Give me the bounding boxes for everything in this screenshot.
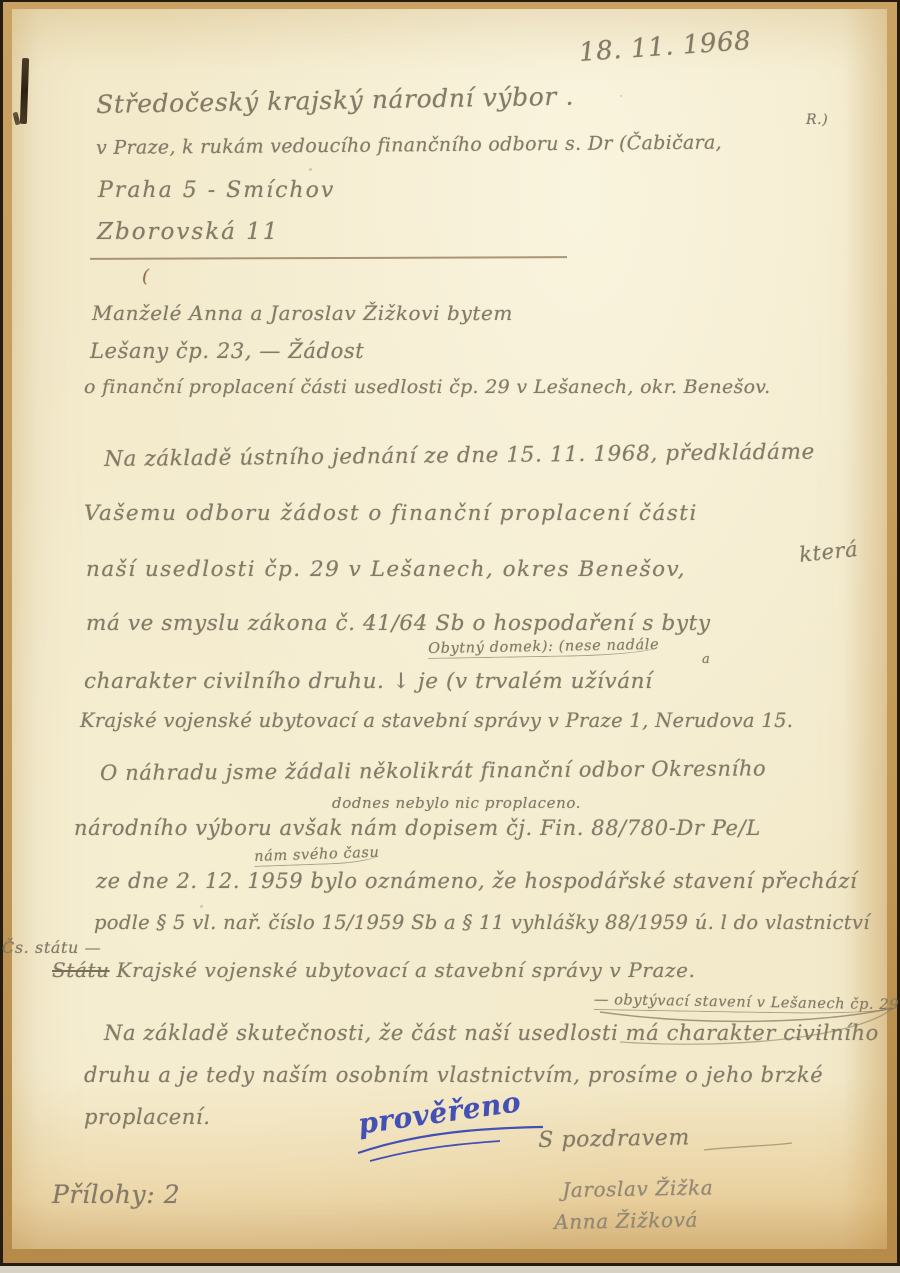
- p1-line-2: Vašemu odboru žádost o finanční proplace…: [84, 501, 698, 526]
- paper-speck: [620, 95, 622, 97]
- p1-line-6: Krajské vojenské ubytovací a stavební sp…: [80, 709, 793, 732]
- p1-line-3: naší usedlosti čp. 29 v Lešanech, okres …: [86, 557, 686, 582]
- p1-line-5: charakter civilního druhu. ↓ je (v trval…: [84, 669, 653, 694]
- p3-line-3: proplacení.: [84, 1105, 211, 1129]
- sender-line-2: Lešany čp. 23, — Žádost: [90, 339, 364, 363]
- signature-anna: Anna Žižková: [554, 1207, 698, 1234]
- p3-line-1: Na základě skutečnosti, že část naší use…: [104, 1021, 879, 1045]
- scanned-letter: 18. 11. 1968 Středočeský krajský národní…: [0, 0, 900, 1273]
- sender-line-1: Manželé Anna a Jaroslav Žižkovi bytem: [92, 301, 513, 325]
- p2-line-4: podle § 5 vl. nař. číslo 15/1959 Sb a § …: [94, 911, 870, 934]
- attachments-note: Přílohy: 2: [52, 1180, 180, 1209]
- paper-speck: [309, 168, 312, 171]
- p2-line-2: národního výboru avšak nám dopisem čj. F…: [74, 816, 761, 840]
- stray-pen-mark: (: [142, 266, 150, 287]
- scan-bottom-strip: [0, 1266, 900, 1273]
- p2-line-3: ze dne 2. 12. 1959 bylo oznámeno, že hos…: [96, 869, 857, 893]
- recipient-insert-r: R.): [806, 112, 828, 128]
- p2-margin-note: Čs. státu —: [2, 938, 101, 957]
- subject-line: o finanční proplacení části usedlosti čp…: [84, 376, 770, 398]
- p2-line-1: O náhradu jsme žádali několikrát finančn…: [100, 756, 766, 785]
- p1-line-4: má ve smyslu zákona č. 41/64 Sb o hospod…: [86, 611, 711, 636]
- closing-salutation: S pozdravem: [538, 1125, 690, 1153]
- recipient-line-4: Zborovská 11: [97, 219, 279, 245]
- signature-jaroslav: Jaroslav Žižka: [562, 1175, 713, 1202]
- paper-speck: [200, 905, 203, 908]
- recipient-line-3: Praha 5 - Smíchov: [98, 178, 335, 203]
- p2-line-5: Krajské vojenské ubytovací a stavební sp…: [110, 958, 696, 982]
- p2-insertion-note-1: dodnes nebylo nic proplaceno.: [332, 794, 581, 812]
- p1-line-5-superscript: a: [702, 652, 710, 667]
- p2-struck-word: Státu: [52, 958, 110, 982]
- p3-line-2: druhu a je tedy naším osobním vlastnictv…: [84, 1063, 823, 1087]
